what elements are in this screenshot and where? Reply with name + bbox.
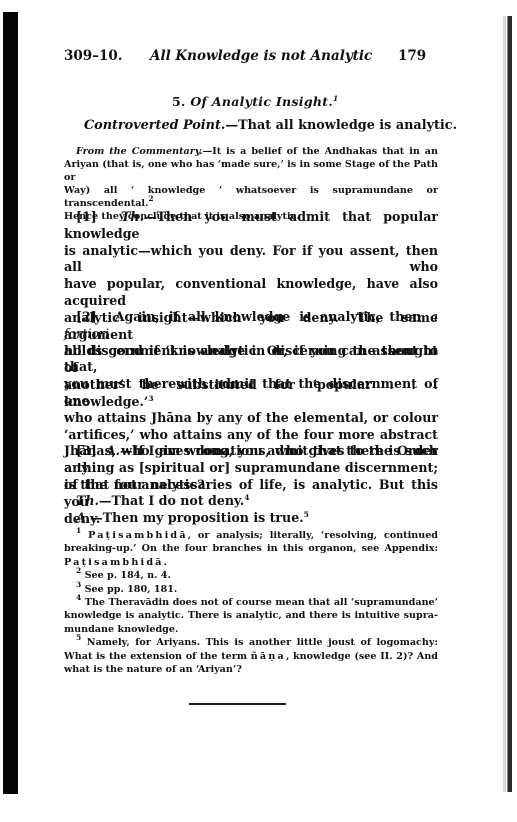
footnote-1: 1 Paṭisambhidā, or analysis; literally, … <box>64 529 438 542</box>
paragraph-line: have popular, conventional knowledge, ha… <box>64 276 438 310</box>
speaker: Th. <box>76 493 99 508</box>
scan-page-edge <box>507 16 512 792</box>
scan-binding-edge <box>3 12 18 794</box>
section-title-text: Of Analytic Insight. <box>190 94 333 109</box>
section-number: 5. <box>172 94 186 109</box>
controverted-point: Controverted Point.—That all knowledge i… <box>84 118 457 133</box>
footnote-5-line: what is the nature of an ‘Ariyan’? <box>64 663 438 676</box>
book-page: 309–10. All Knowledge is not Analytic 17… <box>62 48 440 68</box>
section-title: 5. Of Analytic Insight.1 <box>172 94 339 109</box>
paragraph-line: is that not analytic? <box>64 477 438 494</box>
running-title: All Knowledge is not Analytic <box>150 48 372 64</box>
footnote-5-line: What is the extension of the term ñāṇa, … <box>64 650 438 663</box>
commentary-line: From the Commentary.—It is a belief of t… <box>64 145 438 158</box>
commentary-line: Way) all ‘ knowledge ’ whatsoever is sup… <box>64 184 438 210</box>
footnote-4-line: mundane knowledge. <box>64 623 438 636</box>
controverted-point-text: —That all knowledge is analytic. <box>225 118 457 133</box>
speaker: A. <box>106 443 120 458</box>
paragraph-line: ‘artifices,’ who attains any of the four… <box>64 427 438 444</box>
footnote-ref: 4 <box>244 493 249 502</box>
reply-theravadin: Th.—That I do not deny.4 <box>64 493 438 510</box>
pali-term: Paṭisambhidā <box>88 530 188 541</box>
page-number: 179 <box>398 48 426 64</box>
running-head: 309–10. All Knowledge is not Analytic 17… <box>62 48 440 68</box>
paragraph-3: [3] A.—If I am wrong, you admit that the… <box>64 443 438 527</box>
footnote-3: 3 See pp. 180, 181. <box>64 583 438 596</box>
footnote-5: 5 Namely, for Ariyans. This is another l… <box>64 636 438 649</box>
footnote-4-line: knowledge is analytic. There is analytic… <box>64 609 438 622</box>
section-numbers: 309–10. <box>64 48 122 64</box>
pali-term: ñāṇa <box>251 651 286 662</box>
paragraph-line: all discernment is analytic. Or, if you … <box>64 343 438 377</box>
commentary-label: From the Commentary. <box>76 146 203 157</box>
paragraph-line: [2] Again, if all knowledge is analytic,… <box>64 309 438 343</box>
paragraph-line: you must therewith admit that the discer… <box>64 376 438 410</box>
paragraph-line: [1] Th.—Then you must admit that popular… <box>64 209 438 243</box>
paragraph-line: is analytic—which you deny. For if you a… <box>64 243 438 277</box>
paragraph-line: [3] A.—If I am wrong, you admit that the… <box>64 443 438 460</box>
speaker: Th. <box>121 209 144 224</box>
paragraph-line: a thing as [spiritual or] supramundane d… <box>64 460 438 477</box>
footnote-ref: 2 <box>148 194 153 203</box>
paragraph-line: who attains Jhāna by any of the elementa… <box>64 410 438 427</box>
footnote-ref: 5 <box>304 510 309 519</box>
pali-term: Paṭisambhidā. <box>64 556 438 569</box>
end-rule <box>189 703 286 705</box>
footnote-ref: 1 <box>333 94 339 103</box>
speaker: A. <box>76 510 90 525</box>
scan-page-edge-shadow <box>503 16 506 792</box>
footnote-4: 4 The Theravādin does not of course mean… <box>64 596 438 609</box>
commentary-line: Ariyan (that is, one who has ‘made sure,… <box>64 158 438 184</box>
reply-andhaka: A.—Then my proposition is true.5 <box>64 510 438 527</box>
footnote-1-line: breaking-up.’ On the four branches in th… <box>64 542 438 555</box>
footnote-2: 2 See p. 184, n. 4. <box>64 569 438 582</box>
controverted-point-label: Controverted Point. <box>84 118 225 133</box>
footnotes: 1 Paṭisambhidā, or analysis; literally, … <box>64 529 438 676</box>
